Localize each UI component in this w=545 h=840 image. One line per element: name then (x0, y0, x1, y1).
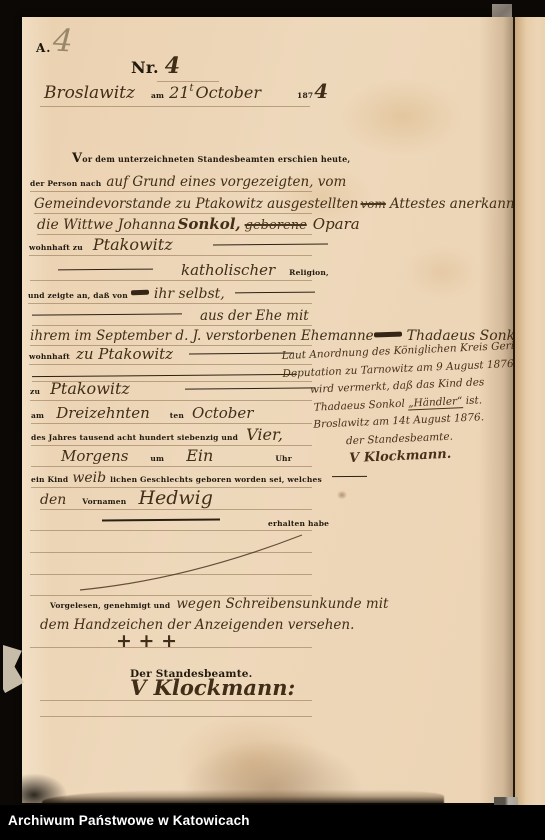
handwriting: Attestes anerkannt, (390, 196, 524, 212)
form-line: denVornamenHedwig (40, 487, 213, 510)
form-line: der Person nachauf Grund eines vorgezeig… (30, 171, 346, 192)
printed-text: wohnhaft zu (29, 243, 83, 252)
handwriting: Hedwig (138, 487, 212, 509)
handwriting: aus der Ehe mit (200, 308, 309, 324)
printed-text: lichen Geschlechts geboren worden sei, w… (110, 475, 322, 484)
handwriting: Vier, (246, 425, 283, 444)
form-line: V Klockmann: (40, 675, 295, 701)
rule-line (40, 106, 310, 107)
printed-text: erhalten habe (268, 519, 329, 528)
archive-caption-bar: Archiwum Państwowe w Katowicach (0, 805, 545, 840)
rule-line (31, 423, 312, 424)
ink-stroke (32, 374, 297, 377)
handwriting: Morgens (61, 447, 128, 465)
form-line: Vorgelesen, genehmigt undwegen Schreiben… (50, 593, 388, 615)
handwriting: t (190, 83, 194, 94)
archive-name-label: Archiwum Państwowe w Katowicach (8, 813, 250, 828)
rule-line (30, 552, 312, 553)
pencil-page-number: 4 (52, 23, 74, 60)
rule-line (40, 716, 312, 717)
handwriting: Sonkol, (178, 215, 241, 233)
rule-line (30, 574, 312, 575)
handwriting: ihr selbst, (154, 286, 225, 302)
handwriting: + + + (116, 630, 177, 652)
handwriting: die Wittwe Johanna (37, 217, 176, 233)
form-line: katholischerReligion, (30, 260, 329, 281)
handwriting: October (192, 404, 253, 422)
ink-stroke (235, 292, 315, 294)
handwriting: Opara (313, 215, 360, 233)
form-line: MorgensumEinUhr (31, 446, 292, 467)
printed-text: des Jahres tausend acht hundert siebenzi… (31, 433, 238, 442)
rule-line (40, 700, 312, 701)
printed-text: Nr. (131, 58, 159, 77)
form-line: und zeigte an, daß vonihr selbst, (28, 283, 315, 304)
ink-stroke (58, 269, 153, 271)
rule-line (29, 255, 312, 256)
handwriting: ist. (462, 394, 482, 407)
handwriting: Gemeindevorstande zu Ptakowitz ausgestel… (34, 196, 359, 212)
printed-text: V (72, 151, 82, 166)
form-line: Nr.4 (131, 53, 180, 82)
ink-stroke (102, 518, 220, 521)
document-page: A. 4 Nr.4Broslawitzam21tOctober1874Vor d… (22, 17, 513, 803)
form-line: aus der Ehe mit (32, 305, 309, 326)
handwriting: October (196, 83, 262, 102)
handwriting: Ptakowitz (50, 379, 130, 398)
printed-text: um (150, 454, 164, 463)
printed-text: und zeigte an, daß von (28, 291, 128, 300)
form-line: wohnhaft zuPtakowitz (29, 235, 328, 256)
ink-stroke (189, 353, 294, 355)
handwriting: der Standesbeamte. (346, 430, 453, 447)
ink-stroke (32, 313, 182, 315)
paper-tear-fragment (3, 645, 24, 693)
form-line: amDreizehntentenOctober (31, 403, 253, 424)
handwriting: Broslawitz (44, 83, 135, 103)
printed-text: Religion, (289, 268, 329, 277)
form-line: wohnhaftzu Ptakowitz (29, 344, 294, 365)
form-line: Gemeindevorstande zu Ptakowitz ausgestel… (34, 193, 524, 214)
handwriting: V Klockmann. (349, 447, 452, 466)
rule-line (30, 191, 312, 192)
printed-text: am (151, 91, 164, 100)
handwriting: „Händler“ (408, 395, 463, 410)
handwriting: weib (72, 470, 106, 486)
next-page-edge (513, 17, 545, 805)
printed-text: Vornamen (82, 497, 126, 506)
handwriting: 21 (169, 83, 189, 102)
handwriting: zu Ptakowitz (76, 345, 173, 363)
handwriting: V Klockmann: (130, 675, 295, 700)
scanned-archive-image: A. 4 Nr.4Broslawitzam21tOctober1874Vor d… (0, 0, 545, 840)
printed-text: der Person nach (30, 179, 101, 188)
rule-line (30, 400, 312, 401)
form-line: ein Kindweiblichen Geschlechts geboren w… (31, 467, 367, 488)
printed-text: 187 (297, 91, 313, 100)
handwriting: Ptakowitz (93, 235, 173, 254)
rule-line (29, 364, 312, 365)
ink-stroke (213, 243, 328, 245)
form-line: des Jahres tausend acht hundert siebenzi… (31, 425, 283, 446)
printed-text: wohnhaft (29, 352, 70, 361)
handwriting: 4 (165, 53, 180, 79)
form-line: Vor dem unterzeichneten Standesbeamten e… (72, 147, 350, 167)
printed-text: am (31, 411, 44, 420)
form-line: die Wittwe JohannaSonkol,geboreneOpara (37, 214, 360, 235)
rule-line (40, 509, 312, 510)
handwriting: wegen Schreibensunkunde mit (176, 596, 388, 612)
handwriting: ihrem im September d. J. verstorbenen Eh… (30, 328, 374, 344)
handwriting: Thadaeus Sonkol (314, 397, 409, 413)
handwriting: 4 (314, 79, 328, 103)
form-line: Broslawitzam21tOctober1874 (44, 79, 328, 107)
form-line: erhalten habe (30, 511, 329, 531)
printed-text: ein Kind (31, 475, 68, 484)
handwriting: Dreizehnten (56, 404, 150, 422)
rule-line (28, 303, 312, 304)
form-letter-label: A. (36, 41, 52, 55)
printed-text: Vorgelesen, genehmigt und (50, 601, 170, 610)
bookmark-tab-top (492, 4, 512, 17)
ink-stroke (332, 476, 367, 477)
ink-blot (131, 290, 149, 296)
struck-handwriting: vom (361, 197, 386, 211)
form-line: zuPtakowitz (30, 379, 315, 401)
ink-blot (374, 332, 402, 338)
handwriting: katholischer (181, 261, 275, 279)
printed-text: ten (170, 411, 184, 420)
form-line: + + + (30, 630, 177, 648)
struck-handwriting: geborene (245, 218, 307, 233)
handwriting: auf Grund eines vorgezeigten, vom (106, 174, 346, 190)
margin-note: Laut Anordnung des Königlichen Kreis Ger… (281, 338, 514, 471)
rule-line (30, 280, 312, 281)
rule-line (30, 647, 312, 648)
handwriting: Ein (186, 446, 213, 465)
printed-text: or dem unterzeichneten Standesbeamten er… (82, 154, 350, 164)
rule-line (30, 530, 312, 531)
printed-text: zu (30, 387, 40, 396)
handwriting: den (40, 492, 66, 508)
